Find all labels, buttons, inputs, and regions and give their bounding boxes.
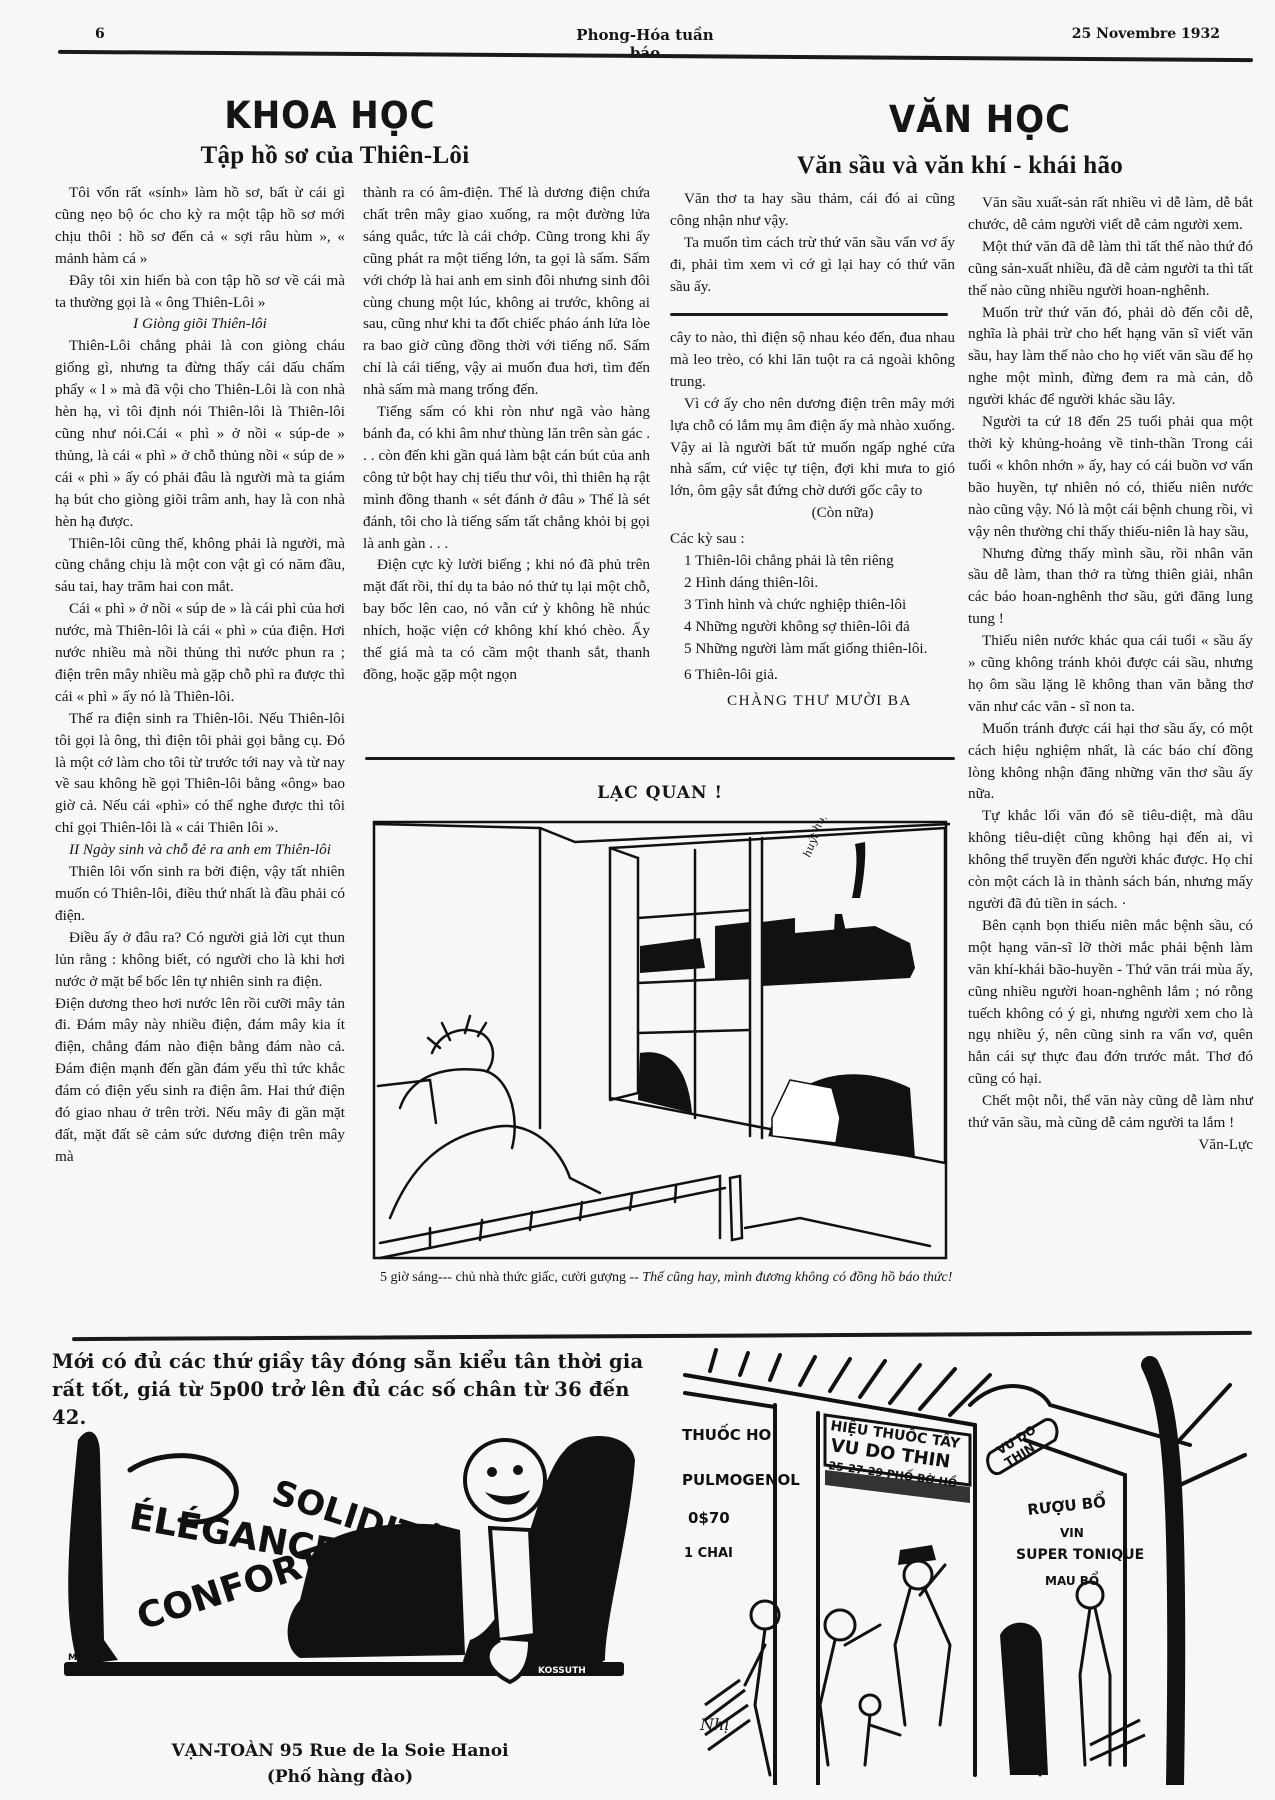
issue-date: 25 Novembre 1932 [1060,26,1220,42]
shoe-shop-address: VẠN-TOÀN 95 Rue de la Soie Hanoi (Phố hà… [80,1738,600,1790]
to-be-continued: (Còn nữa) [670,502,955,524]
author-signature: CHÀNG THƯ MƯỜI BA [670,690,955,712]
left-sign-line: THUỐC HO [682,1423,771,1444]
paragraph: thành ra có âm-điện. Thế là dương điện c… [363,182,650,401]
pharmacy-artist-signature: Nhị [699,1715,729,1734]
paragraph: Văn sầu xuất-sản rất nhiều vì dễ làm, dễ… [968,192,1253,236]
list-item: 1 Thiên-lôi chẳng phải là tên riêng [684,550,955,572]
cartoon-caption: 5 giờ sáng--- chủ nhà thức giấc, cười gư… [380,1268,960,1287]
shoe-ad-illustration: SOLIDITÉ ÉLÉGANCE CONFORT KOSSUTH M. [60,1420,660,1740]
paragraph: Đây tôi xin hiến bà con tập hồ sơ về cái… [55,270,345,314]
subheading: II Ngày sinh và chỗ đẻ ra anh em Thiên-l… [55,839,345,861]
paragraph: Nhưng đừng thấy mình sầu, rồi nhân văn s… [968,543,1253,631]
artist-initial: M. [68,1653,80,1663]
right-sign-line: SUPER TONIQUE [1016,1547,1144,1563]
next-issues-label: Các kỳ sau : [670,528,955,550]
list-item: 3 Tình hình và chức nghiệp thiên-lôi [684,594,955,616]
paragraph: Thiên-lôi cũng thế, không phải là người,… [55,533,345,599]
paragraph: Người ta cứ 18 đến 25 tuổi phải qua một … [968,411,1253,542]
subheading: I Giòng giõi Thiên-lôi [55,313,345,335]
whistle-sound-text: huýt huýt huýt huýt [801,818,851,859]
right-sign-line: VIN [1060,1526,1084,1540]
paragraph: Bên cạnh bọn thiếu niên mắc bệnh sầu, có… [968,915,1253,1090]
article-column-3: cây to nào, thì điện sộ nhau kéo đến, đu… [670,327,955,711]
author-signature: Văn-Lực [1184,1134,1253,1156]
paragraph: Điện dương theo hơi nước lên rồi cưỡi mâ… [55,993,345,1168]
article-column-4: Văn sầu xuất-sản rất nhiều vì dễ làm, dễ… [968,192,1253,1156]
cartoon-top-rule [365,757,955,760]
artist-signature: KOSSUTH [538,1666,586,1676]
paragraph: Một thứ văn đã dễ làm thì tất thế nào th… [968,236,1253,302]
paragraph: cây to nào, thì điện sộ nhau kéo đến, đu… [670,327,955,393]
paragraph: Ta muốn tìm cách trừ thứ văn sầu vẩn vơ … [670,232,955,298]
list-item: 2 Hình dáng thiên-lôi. [684,572,955,594]
section-title-khoa-hoc: KHOA HỌC [180,94,480,138]
article-column-1: Tôi vốn rất «sính» làm hồ sơ, bất ừ cái … [55,182,345,1168]
section-title-van-hoc: VĂN HỌC [830,98,1130,142]
page-number: 6 [95,26,105,42]
paragraph: Văn thơ ta hay sầu thảm, cái đó ai cũng … [670,188,955,232]
paragraph: Thiếu niên nước khác qua cái tuổi « sầu … [968,630,1253,718]
paragraph: Tiếng sấm có khi ròn như ngã vào hàng bá… [363,401,650,554]
paragraph: Cái « phì » ở nồi « súp de » là cái phì … [55,598,345,708]
pharmacy-ad-illustration: THUỐC HO PULMOGENOL 0$70 1 CHAI HIỆU THU… [670,1345,1255,1785]
paragraph: Điện cực kỳ lười biếng ; khi nó đã phủ t… [363,554,650,685]
article-title-thien-loi: Tập hồ sơ của Thiên-Lôi [150,142,520,170]
right-sign-line: MAU BỔ [1045,1571,1099,1588]
paragraph: Muốn trừ thứ văn đó, phải dò đến cỗi dễ,… [968,302,1253,412]
left-sign-line: 1 CHAI [684,1546,733,1561]
paragraph: Thiên lôi vốn sinh ra bởi điện, vậy tất … [55,861,345,927]
paragraph: Tự khắc lối văn đó sẽ tiêu-diệt, mà dầu … [968,805,1253,915]
list-item: 6 Thiên-lôi giả. [684,664,955,686]
paragraph: Thế ra điện sinh ra Thiên-lôi. Nếu Thiên… [55,708,345,839]
bedroom-train-drawing: huýt huýt huýt huýt [370,818,950,1262]
cartoon-illustration: huýt huýt huýt huýt [370,818,950,1262]
paragraph: Thiên-Lôi chẳng phải là con giòng cháu g… [55,335,345,532]
left-sign-line: PULMOGENOL [682,1471,800,1489]
paragraph: Muốn tránh được cái hại thơ sầu ấy, có m… [968,718,1253,806]
van-hoc-intro: Văn thơ ta hay sầu thảm, cái đó ai cũng … [670,188,955,298]
ads-top-rule [72,1331,1252,1341]
paragraph: Chết một nỗi, thể văn này cũng dễ làm nh… [968,1090,1253,1134]
paragraph: Tôi vốn rất «sính» làm hồ sơ, bất ừ cái … [55,182,345,270]
paragraph: Điều ấy ở đâu ra? Có người giả lời cụt t… [55,927,345,993]
article-column-2: thành ra có âm-điện. Thế là dương điện c… [363,182,650,686]
paragraph: Vì cớ ấy cho nên dương điện trên mây mới… [670,393,955,503]
left-sign-line: 0$70 [688,1509,730,1527]
column-divider [670,313,948,316]
right-sign-line: RƯỢU BỔ [1026,1489,1107,1519]
list-item: 4 Những người không sợ thiên-lôi đả [684,616,955,638]
next-issues-list: 1 Thiên-lôi chẳng phải là tên riêng 2 Hì… [670,550,955,685]
article-title-van-sau: Văn sầu và văn khí - khái hão [750,152,1170,180]
cartoon-title: LẠC QUAN ! [560,783,760,803]
list-item: 5 Những người làm mất giống thiên-lôi. [684,638,955,660]
